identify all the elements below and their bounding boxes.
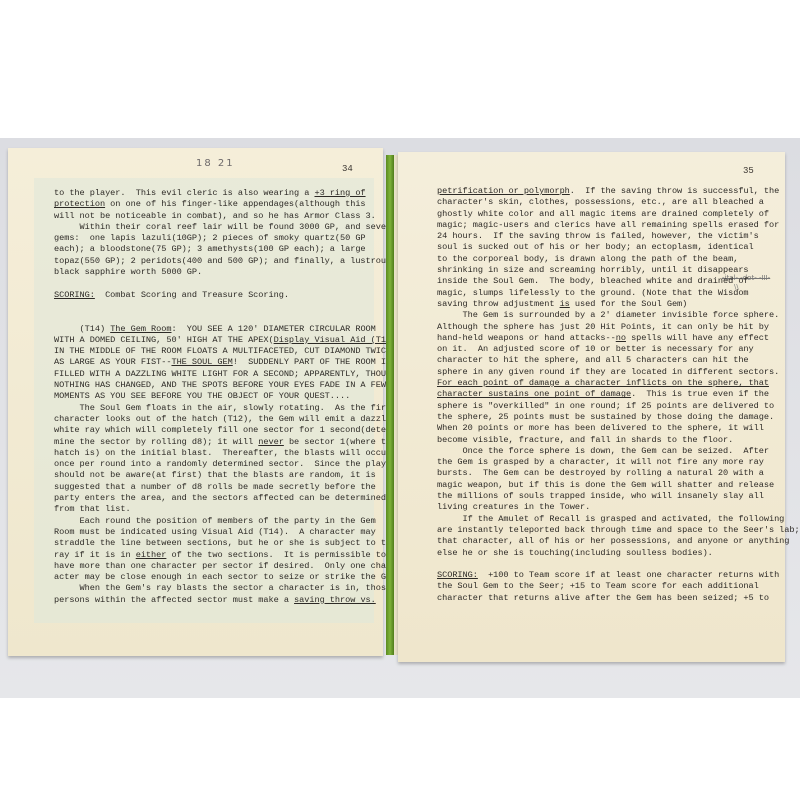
text-line: hatch is) on the initial blast. Thereaft… — [54, 448, 406, 459]
text-line: The Soul Gem floats in the air, slowly r… — [54, 403, 406, 414]
text-run: character's skin, clothes, possessions, … — [437, 197, 764, 207]
text-run: persons within the affected sector must … — [54, 595, 294, 605]
text-run: (T14) — [54, 324, 110, 334]
text-line: straddle the line between sections, but … — [54, 538, 406, 549]
text-line: Although the sphere has just 20 Hit Poin… — [437, 322, 800, 333]
text-run: When 20 points or more has been delivere… — [437, 423, 764, 433]
text-run: else he or she is touching(including sou… — [437, 548, 713, 558]
text-run: sphere is "overkilled" in one round; if … — [437, 401, 774, 411]
text-run: AS LARGE AS YOUR FIST-- — [54, 357, 171, 367]
page-number: 34 — [342, 164, 353, 174]
text-line — [437, 559, 800, 570]
text-line: should not be aware(at first) that the b… — [54, 470, 406, 481]
text-run: shrinking in size and screaming horribly… — [437, 265, 749, 275]
text-run: hand-held weapons or hand attacks-- — [437, 333, 616, 343]
text-line: acter may be close enough in each sector… — [54, 572, 406, 583]
underlined-text: character sustains one point of damage — [437, 389, 631, 399]
text-line: character that returns alive after the G… — [437, 593, 800, 604]
text-line: sphere is "overkilled" in one round; if … — [437, 401, 800, 412]
text-run: white ray which will completely fill one… — [54, 425, 396, 435]
text-run: the millions of souls trapped inside, wh… — [437, 491, 764, 501]
text-run: The Gem is surrounded by a 2' diameter i… — [437, 310, 779, 320]
text-run: on one of his finger-like appendages(alt… — [105, 199, 365, 209]
text-run: Once the force sphere is down, the Gem c… — [437, 446, 769, 456]
text-line: When the Gem's ray blasts the sector a c… — [54, 583, 406, 594]
text-line: 24 hours. If the saving throw is failed,… — [437, 231, 800, 242]
text-run: character that returns alive after the G… — [437, 593, 769, 603]
text-run: of the two sections. It is permissible t… — [166, 550, 386, 560]
text-run: suggested that a number of d8 rolls be m… — [54, 482, 376, 492]
text-line: white ray which will completely fill one… — [54, 425, 406, 436]
right-page-body: petrification or polymorph. If the savin… — [437, 186, 800, 604]
text-line: MOMENTS AS YOU SEE BEFORE YOU THE OBJECT… — [54, 391, 406, 402]
text-run: magic weapon, but if this is done the Ge… — [437, 480, 774, 490]
underlined-text: The Gem Room — [110, 324, 171, 334]
underlined-text: either — [136, 550, 167, 560]
underlined-text: never — [258, 437, 284, 447]
text-run: will not be noticeable in combat), and s… — [54, 211, 376, 221]
text-line: once per round into a randomly determine… — [54, 459, 406, 470]
text-run: magic, slumps lifelessly to the ground. … — [437, 288, 749, 298]
text-line: the Gem is grasped by a character, it wi… — [437, 457, 800, 468]
text-run: NOTHING HAS CHANGED, AND THE SPOTS BEFOR… — [54, 380, 386, 390]
text-line: living creatures in the Tower. — [437, 502, 800, 513]
text-run: have more than one character per sector … — [54, 561, 396, 571]
text-line: character's skin, clothes, possessions, … — [437, 197, 800, 208]
text-run: black sapphire worth 5000 GP. — [54, 267, 202, 277]
text-line: else he or she is touching(including sou… — [437, 548, 800, 559]
text-run: gems: one lapis lazuli(10GP); 2 pieces o… — [54, 233, 366, 243]
text-line: SCORING: +100 to Team score if at least … — [437, 570, 800, 581]
left-page: 18 21 34 to the player. This evil cleric… — [8, 148, 383, 656]
text-run: Each round the position of members of th… — [54, 516, 376, 526]
text-run: magic; magic-users and clerics have all … — [437, 220, 779, 230]
text-line: character sustains one point of damage. … — [437, 389, 800, 400]
text-run: acter may be close enough in each sector… — [54, 572, 401, 582]
binder-spine — [386, 155, 394, 655]
text-line: become visible, fracture, and fall in sh… — [437, 435, 800, 446]
underlined-text: THE SOUL GEM — [171, 357, 232, 367]
text-run: become visible, fracture, and fall in sh… — [437, 435, 733, 445]
text-line: that character, all of his or her posses… — [437, 536, 800, 547]
text-line: from that list. — [54, 504, 406, 515]
underlined-text: SCORING: — [54, 290, 95, 300]
text-line: If the Amulet of Recall is grasped and a… — [437, 514, 800, 525]
text-line: on it. An adjusted score of 10 or better… — [437, 344, 800, 355]
text-run: that character, all of his or her posses… — [437, 536, 789, 546]
text-line: black sapphire worth 5000 GP. — [54, 267, 406, 278]
text-run: to the corporeal body, is drawn along th… — [437, 254, 738, 264]
text-run: The Soul Gem floats in the air, slowly r… — [54, 403, 396, 413]
text-run: the sphere, 25 points must be sustained … — [437, 412, 774, 422]
text-line: to the player. This evil cleric is also … — [54, 188, 406, 199]
text-run: Combat Scoring and Treasure Scoring. — [95, 290, 289, 300]
text-run: Within their coral reef lair will be fou… — [54, 222, 401, 232]
text-run: Room must be indicated using Visual Aid … — [54, 527, 376, 537]
text-line: (T14) The Gem Room: YOU SEE A 120' DIAME… — [54, 324, 406, 335]
text-line: shrinking in size and screaming horribly… — [437, 265, 800, 276]
text-run: character to hit the sphere, and all 5 c… — [437, 355, 749, 365]
text-run: +100 to Team score if at least one chara… — [478, 570, 779, 580]
text-line: are instantly teleported back through ti… — [437, 525, 800, 536]
text-line: mine the sector by rolling d8); it will … — [54, 437, 406, 448]
text-line: party enters the area, and the sectors a… — [54, 493, 406, 504]
underlined-text: protection — [54, 199, 105, 209]
text-run: living creatures in the Tower. — [437, 502, 590, 512]
text-run: mine the sector by rolling d8); it will — [54, 437, 258, 447]
text-run: IN THE MIDDLE OF THE ROOM FLOATS A MULTI… — [54, 346, 391, 356]
underlined-text: no — [616, 333, 626, 343]
right-page: 35 -ital- -dot- -III- \\ petrification o… — [398, 152, 785, 662]
text-run: the Gem is grasped by a character, it wi… — [437, 457, 764, 467]
text-line: have more than one character per sector … — [54, 561, 406, 572]
text-line: Each round the position of members of th… — [54, 516, 406, 527]
text-line: topaz(550 GP); 2 peridots(400 and 500 GP… — [54, 256, 406, 267]
text-line — [54, 301, 406, 312]
text-line: each); a bloodstone(75 GP); 3 amethysts(… — [54, 244, 406, 255]
text-line: the Soul Gem to the Seer; +15 to Team sc… — [437, 581, 800, 592]
underlined-text: SCORING: — [437, 570, 478, 580]
underlined-text: is — [560, 299, 570, 309]
text-run: hatch is) on the initial blast. Thereaft… — [54, 448, 391, 458]
text-line: soul is sucked out of his or her body; a… — [437, 242, 800, 253]
text-run: from that list. — [54, 504, 131, 514]
text-run: should not be aware(at first) that the b… — [54, 470, 376, 480]
text-line: magic; magic-users and clerics have all … — [437, 220, 800, 231]
text-run: sphere in any given round if they are lo… — [437, 367, 779, 377]
text-line: protection on one of his finger-like app… — [54, 199, 406, 210]
text-line: sphere in any given round if they are lo… — [437, 367, 800, 378]
text-line: saving throw adjustment is used for the … — [437, 299, 800, 310]
text-run: to the player. This evil cleric is also … — [54, 188, 314, 198]
text-line: bursts. The Gem can be destroyed by roll… — [437, 468, 800, 479]
text-run: the Soul Gem to the Seer; +15 to Team sc… — [437, 581, 759, 591]
text-run: character looks out of the hatch (T12), … — [54, 414, 401, 424]
text-line: to the corporeal body, is drawn along th… — [437, 254, 800, 265]
text-run: on it. An adjusted score of 10 or better… — [437, 344, 754, 354]
text-line — [54, 312, 406, 323]
text-run: FILLED WITH A DAZZLING WHITE LIGHT FOR A… — [54, 369, 401, 379]
underlined-text: Display Visual Aid (T14) — [274, 335, 397, 345]
text-line: ray if it is in either of the two sectio… — [54, 550, 406, 561]
text-line: Room must be indicated using Visual Aid … — [54, 527, 406, 538]
text-run: . If the saving throw is successful, the — [570, 186, 779, 196]
text-line: The Gem is surrounded by a 2' diameter i… — [437, 310, 800, 321]
text-run: bursts. The Gem can be destroyed by roll… — [437, 468, 764, 478]
text-line: persons within the affected sector must … — [54, 595, 406, 606]
text-line: character to hit the sphere, and all 5 c… — [437, 355, 800, 366]
text-line: hand-held weapons or hand attacks--no sp… — [437, 333, 800, 344]
text-line: the sphere, 25 points must be sustained … — [437, 412, 800, 423]
text-line — [54, 278, 406, 289]
text-line: SCORING: Combat Scoring and Treasure Sco… — [54, 290, 406, 301]
text-run: ! SUDDENLY PART OF THE ROOM IS — [233, 357, 391, 367]
text-run: inside the Soul Gem. The body, bleached … — [437, 276, 749, 286]
text-run: . This is true even if the — [631, 389, 769, 399]
text-line: FILLED WITH A DAZZLING WHITE LIGHT FOR A… — [54, 369, 406, 380]
text-run: are instantly teleported back through ti… — [437, 525, 800, 535]
text-line: IN THE MIDDLE OF THE ROOM FLOATS A MULTI… — [54, 346, 406, 357]
text-run: used for the Soul Gem) — [570, 299, 687, 309]
text-run: each); a bloodstone(75 GP); 3 amethysts(… — [54, 244, 366, 254]
text-line: the millions of souls trapped inside, wh… — [437, 491, 800, 502]
text-run: once per round into a randomly determine… — [54, 459, 401, 469]
text-run: be sector 1(where the — [284, 437, 396, 447]
text-run: soul is sucked out of his or her body; a… — [437, 242, 754, 252]
text-run: saving throw adjustment — [437, 299, 560, 309]
text-run: topaz(550 GP); 2 peridots(400 and 500 GP… — [54, 256, 391, 266]
text-run: When the Gem's ray blasts the sector a c… — [54, 583, 391, 593]
underlined-text: petrification or polymorph — [437, 186, 570, 196]
text-run: straddle the line between sections, but … — [54, 538, 396, 548]
underlined-text: saving throw vs. — [294, 595, 376, 605]
text-line: For each point of damage a character inf… — [437, 378, 800, 389]
text-line: When 20 points or more has been delivere… — [437, 423, 800, 434]
text-line: character looks out of the hatch (T12), … — [54, 414, 406, 425]
text-line: NOTHING HAS CHANGED, AND THE SPOTS BEFOR… — [54, 380, 406, 391]
text-run: spells will have any effect — [626, 333, 769, 343]
text-run: WITH A DOMED CEILING, 50' HIGH AT THE AP… — [54, 335, 274, 345]
text-line: petrification or polymorph. If the savin… — [437, 186, 800, 197]
pencil-annotation: 18 21 — [196, 158, 235, 169]
text-line: magic weapon, but if this is done the Ge… — [437, 480, 800, 491]
page-number: 35 — [743, 166, 754, 176]
left-page-body: to the player. This evil cleric is also … — [54, 188, 406, 606]
text-line: ghostly white color and all magic items … — [437, 209, 800, 220]
text-line: suggested that a number of d8 rolls be m… — [54, 482, 406, 493]
text-line: WITH A DOMED CEILING, 50' HIGH AT THE AP… — [54, 335, 406, 346]
text-run: ghostly white color and all magic items … — [437, 209, 769, 219]
text-line: inside the Soul Gem. The body, bleached … — [437, 276, 800, 287]
text-run: 24 hours. If the saving throw is failed,… — [437, 231, 759, 241]
text-run: ray if it is in — [54, 550, 136, 560]
text-line: Within their coral reef lair will be fou… — [54, 222, 406, 233]
text-line: gems: one lapis lazuli(10GP); 2 pieces o… — [54, 233, 406, 244]
text-run: Although the sphere has just 20 Hit Poin… — [437, 322, 769, 332]
text-run: MOMENTS AS YOU SEE BEFORE YOU THE OBJECT… — [54, 391, 350, 401]
underlined-text: +3 ring of — [314, 188, 365, 198]
text-run: If the Amulet of Recall is grasped and a… — [437, 514, 784, 524]
text-run: party enters the area, and the sectors a… — [54, 493, 386, 503]
text-line: Once the force sphere is down, the Gem c… — [437, 446, 800, 457]
text-line: magic, slumps lifelessly to the ground. … — [437, 288, 800, 299]
underlined-text: For each point of damage a character inf… — [437, 378, 769, 388]
text-line: will not be noticeable in combat), and s… — [54, 211, 406, 222]
text-run: : YOU SEE A 120' DIAMETER CIRCULAR ROOM — [171, 324, 375, 334]
text-line: AS LARGE AS YOUR FIST--THE SOUL GEM! SUD… — [54, 357, 406, 368]
